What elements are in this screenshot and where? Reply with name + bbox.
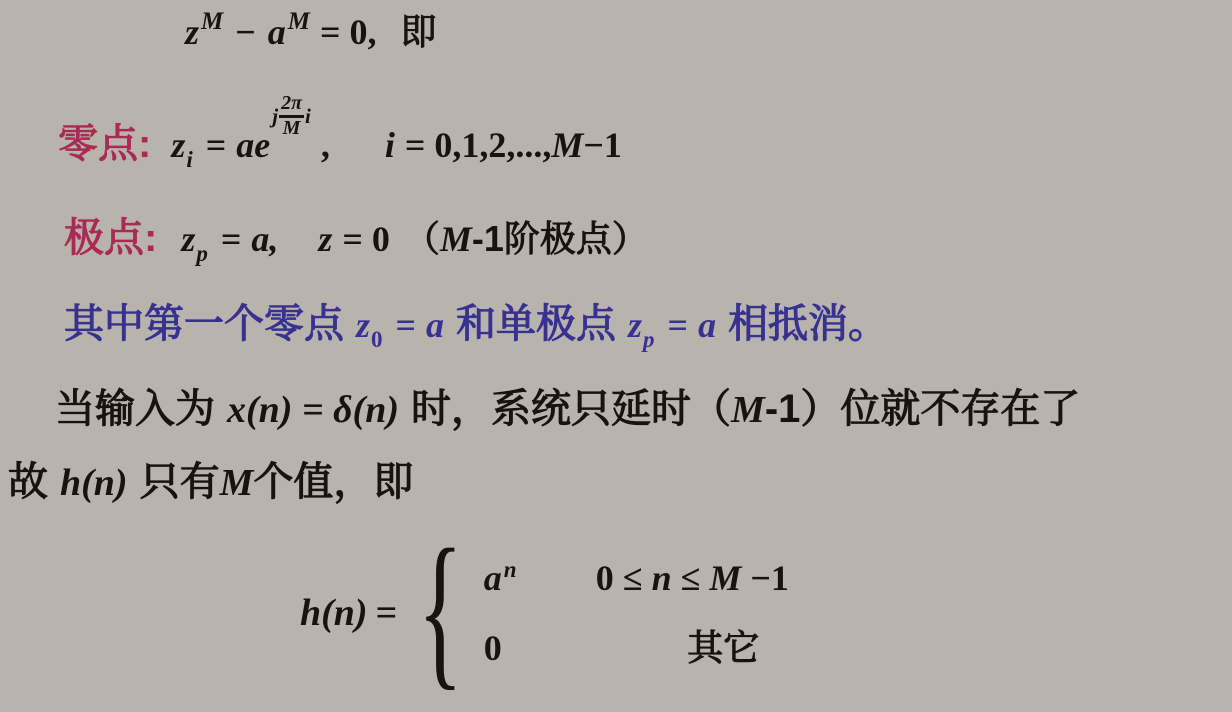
var-M: M	[220, 461, 254, 507]
var-a: a	[484, 557, 502, 600]
var-a: a	[698, 304, 716, 347]
exp-i: i	[305, 104, 311, 129]
equation-top: z M − a M = 0, 即	[185, 10, 437, 54]
cond-zero-leq: 0 ≤	[596, 557, 643, 600]
exp-j: j	[272, 104, 278, 129]
equals-sign: =	[376, 591, 398, 637]
exponent-block: j 2π M i	[272, 93, 311, 139]
piecewise-rows: a n 0 ≤ n ≤ M −1 0 其它	[484, 557, 851, 670]
superscript-M: M	[288, 8, 310, 36]
zeros-label: 零点:	[58, 120, 151, 168]
var-ae: ae	[236, 124, 270, 167]
equals-sign: =	[221, 218, 242, 261]
hn-mid-text: 只有	[140, 458, 220, 506]
hn-values-statement: 故 h(n) 只有 M 个值，即	[8, 458, 413, 507]
cancel-post-text: 相抵消。	[728, 300, 888, 348]
impulse-input-statement: 当输入为 x(n) = δ(n) 时，系统只延时（ M -1）位就不存在了	[55, 385, 1080, 434]
piecewise-definition: h(n) = { a n 0 ≤ n ≤ M −1 0	[300, 540, 851, 687]
row1-value: a n	[484, 557, 596, 600]
paren-open: （	[404, 217, 440, 260]
subscript-p: p	[643, 327, 655, 353]
var-a: a,	[251, 218, 278, 261]
zero-value: 0	[484, 627, 502, 670]
equals-sign: =	[206, 124, 227, 167]
exp-fraction: 2π M	[279, 93, 304, 139]
subscript-i: i	[186, 147, 192, 173]
left-brace: {	[418, 540, 463, 681]
fraction-numerator: 2π	[279, 93, 304, 118]
poles-label: 极点:	[64, 214, 157, 262]
var-z: z	[185, 11, 199, 54]
var-z: z	[356, 304, 370, 347]
var-a: a	[268, 11, 286, 54]
range-end: −1	[583, 124, 622, 167]
minus-sign: −	[235, 11, 256, 54]
delta-input-formula: x(n) = δ(n)	[227, 388, 399, 434]
equals-zero: = 0	[342, 218, 390, 261]
var-M: M	[731, 388, 765, 434]
var-M: M	[709, 557, 741, 600]
hn-post-text: 个值，即	[253, 458, 413, 506]
piecewise-lhs: h(n) =	[300, 591, 397, 637]
var-M: M	[440, 218, 472, 261]
hn-pre-text: 故	[8, 458, 48, 506]
range-var-M: M	[551, 124, 583, 167]
input-pre-text: 当输入为	[55, 385, 215, 433]
poles-line: 极点: z p = a, z = 0 （ M -1阶极点）	[64, 214, 648, 262]
hn-formula: h(n)	[300, 591, 368, 637]
input-post-text: -1）位就不存在了	[765, 385, 1081, 433]
equals-zero: = 0,	[320, 11, 377, 54]
cancel-statement: 其中第一个零点 z 0 = a 和单极点 z p = a 相抵消。	[64, 300, 888, 348]
minus-one: −1	[750, 557, 789, 600]
subscript-p: p	[196, 241, 208, 267]
row2-value: 0	[484, 627, 596, 670]
zeros-line: 零点: z i = ae j 2π M i , i = 0,1,2,..., M…	[58, 120, 622, 174]
var-n: n	[652, 557, 672, 600]
range-var-i: i	[385, 124, 395, 167]
superscript-M: M	[201, 8, 223, 36]
var-z: z	[171, 124, 185, 167]
superscript-n: n	[504, 557, 517, 583]
var-z: z	[628, 304, 642, 347]
subscript-zero: 0	[371, 327, 383, 353]
otherwise-text: 其它	[687, 626, 759, 669]
var-z: z	[318, 218, 332, 261]
comma: ,	[321, 124, 330, 167]
equals-sign: =	[396, 304, 417, 347]
cancel-pre-text: 其中第一个零点	[64, 300, 344, 348]
equals-sign: =	[668, 304, 689, 347]
range-values: = 0,1,2,...,	[405, 124, 552, 167]
fraction-denominator: M	[283, 118, 301, 140]
leq-sign: ≤	[681, 557, 701, 600]
var-a: a	[426, 304, 444, 347]
input-mid-text: 时，系统只延时（	[411, 385, 731, 433]
var-z: z	[181, 218, 195, 261]
row1-condition: 0 ≤ n ≤ M −1	[596, 557, 851, 600]
pole-order-text: -1阶极点）	[472, 217, 648, 260]
slide-background: z M − a M = 0, 即 零点: z i = ae j 2π M i ,…	[0, 0, 1232, 712]
hn-formula: h(n)	[60, 461, 128, 507]
row2-condition: 其它	[596, 626, 851, 669]
piecewise-row-2: 0 其它	[484, 626, 851, 670]
that-is-text: 即	[401, 10, 437, 53]
piecewise-row-1: a n 0 ≤ n ≤ M −1	[484, 557, 851, 600]
cancel-mid-text: 和单极点	[456, 300, 616, 348]
